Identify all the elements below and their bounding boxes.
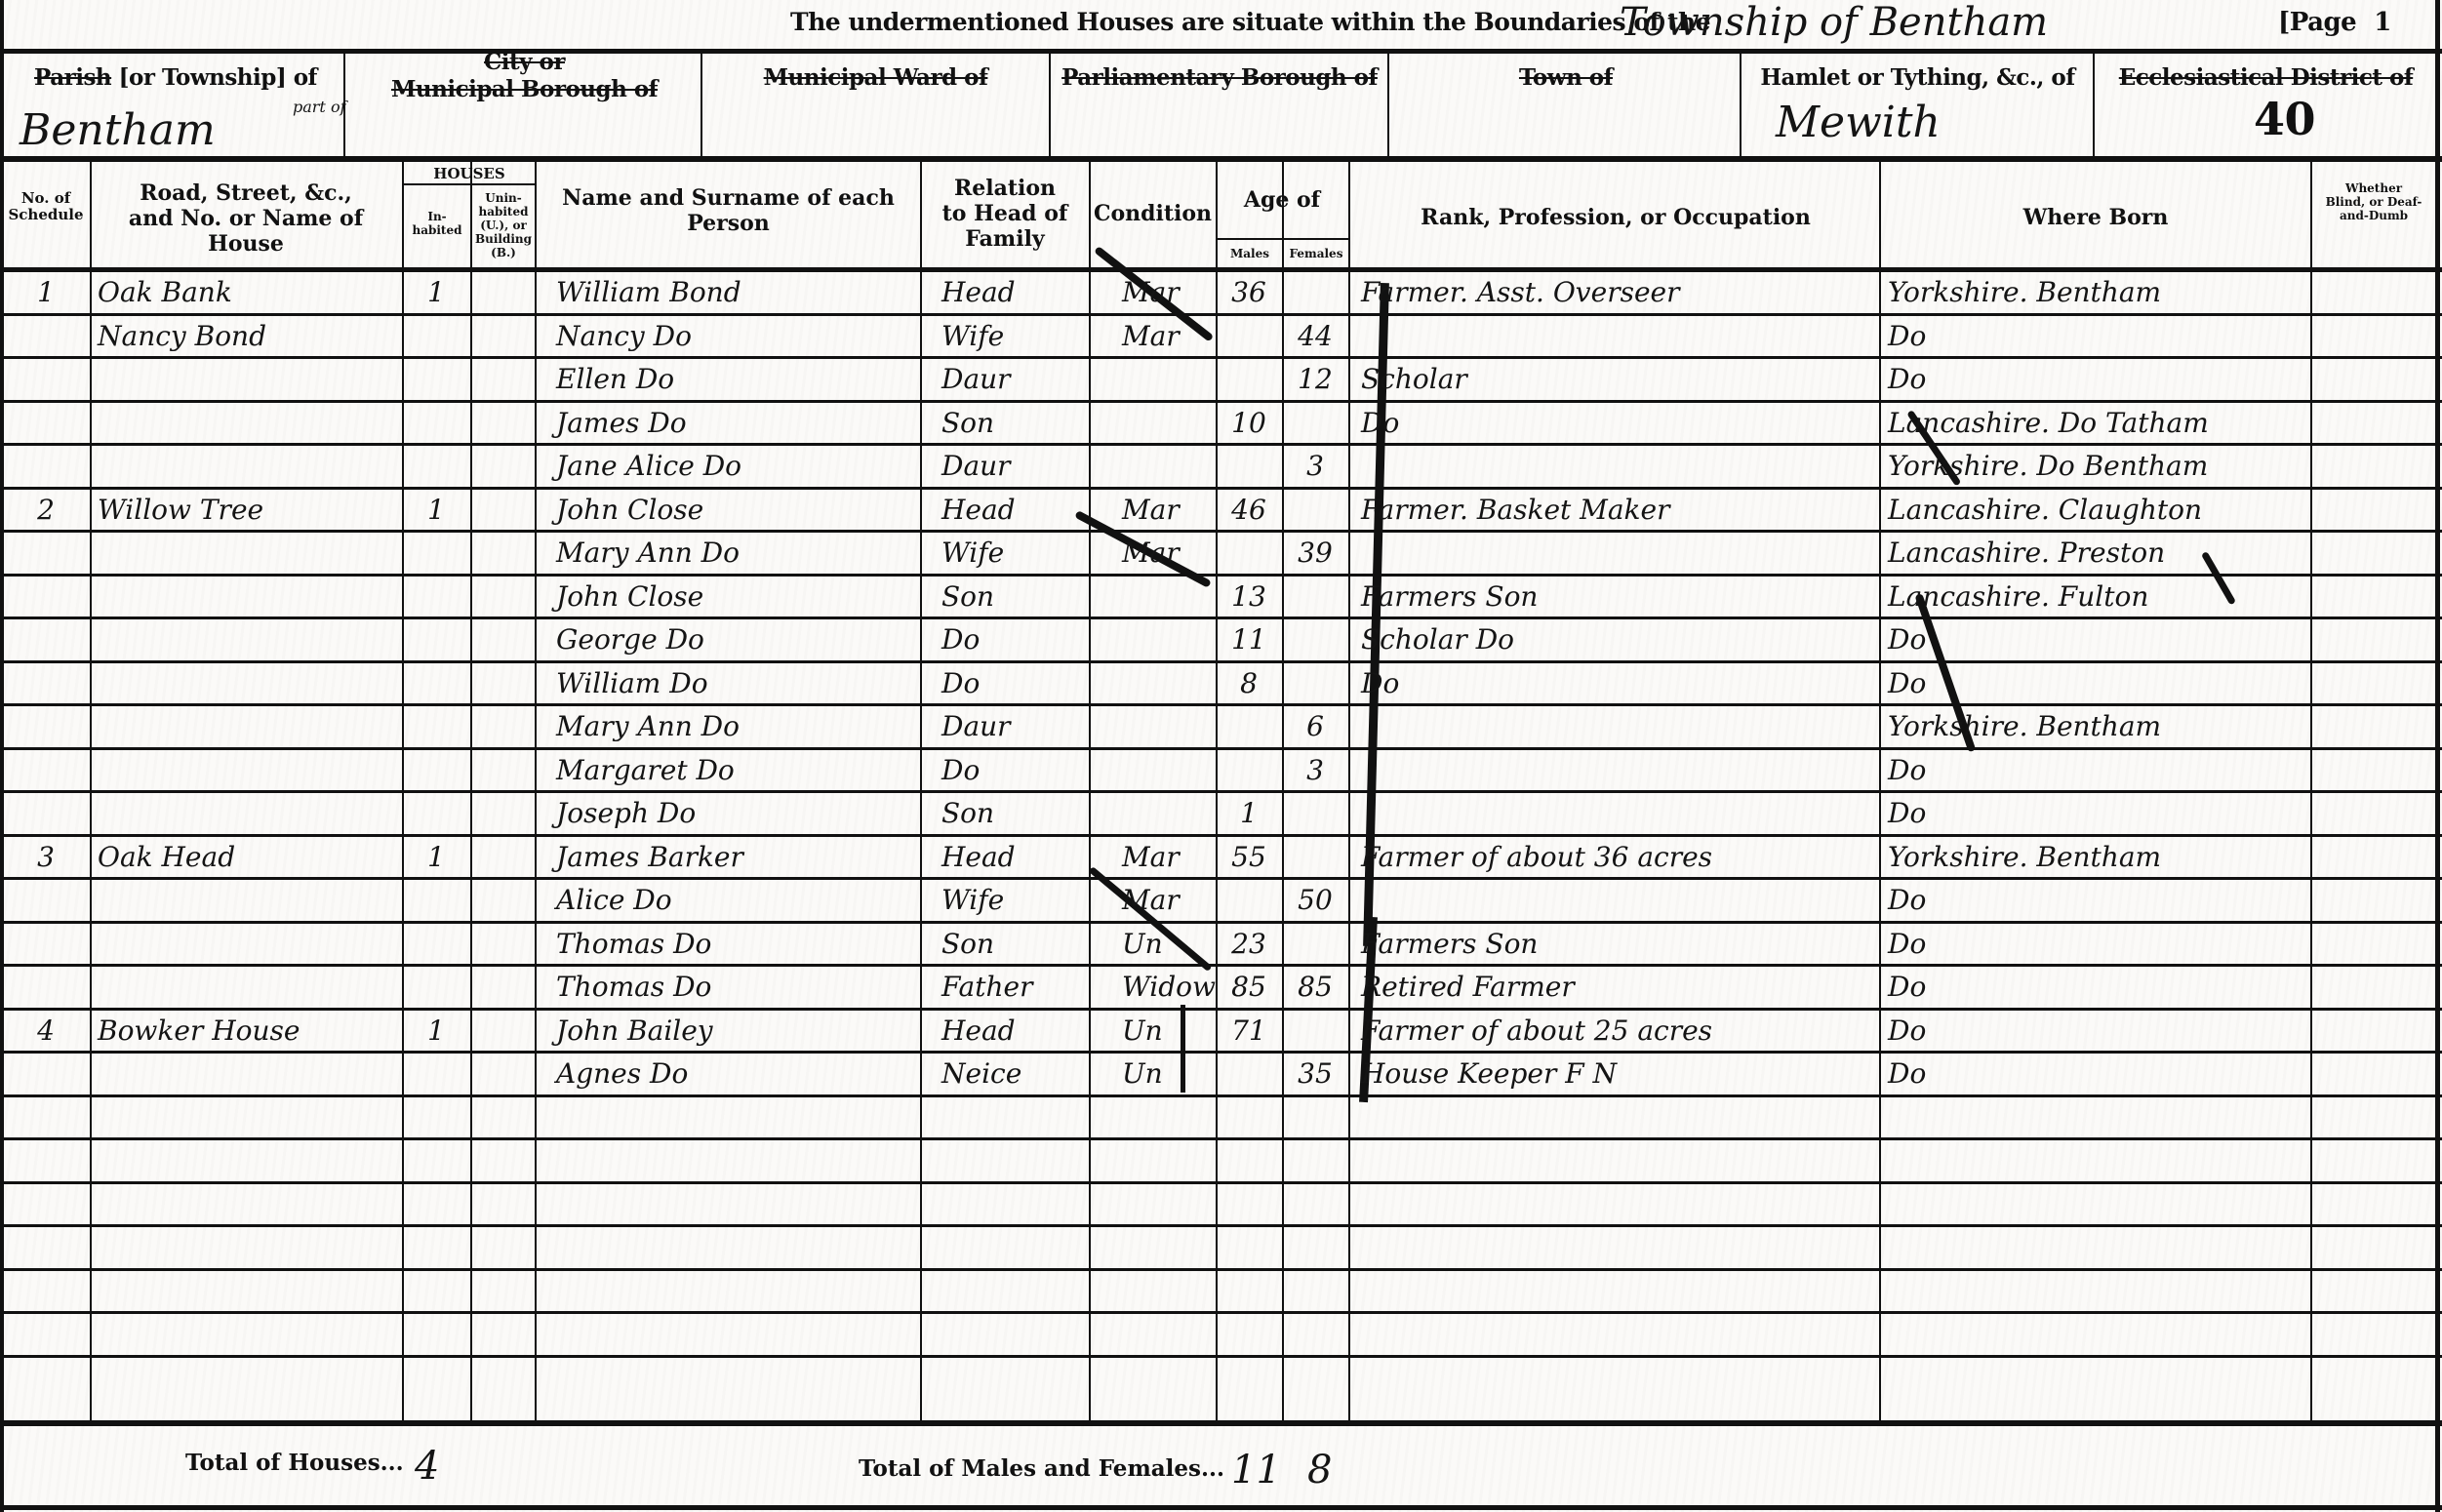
- cell-name: Mary Ann Do: [556, 537, 917, 569]
- row-rule: [0, 1137, 2442, 1140]
- city-label-line2: Municipal Borough of: [351, 76, 698, 103]
- row-rule: [0, 1181, 2442, 1184]
- header-uninhabited-l4: Building: [472, 232, 535, 246]
- cell-house: Nancy Bond: [98, 320, 400, 352]
- cell-relation: Do: [941, 754, 1088, 786]
- cell-male-age: 1: [1218, 797, 1280, 829]
- cell-condition: Un: [1122, 928, 1214, 960]
- header-inhabited-l2: habited: [404, 223, 470, 237]
- header-schedule-l2: Schedule: [4, 207, 88, 223]
- city-label-line1: City or: [351, 49, 698, 76]
- rule: [2093, 54, 2095, 156]
- cell-female-age: 6: [1284, 710, 1346, 742]
- header-road-l2: and No. or Name of: [90, 206, 402, 231]
- cell-occupation: Farmers Son: [1361, 580, 1878, 613]
- rule: [701, 54, 702, 156]
- parish-note: part of: [293, 98, 346, 116]
- cell-occupation: Scholar: [1361, 363, 1878, 395]
- cell-name: William Bond: [556, 276, 917, 308]
- row-rule: [0, 1008, 2442, 1011]
- row-rule: [0, 313, 2442, 316]
- header-relation-l3: Family: [922, 226, 1088, 252]
- city-label: City or Municipal Borough of: [351, 49, 698, 103]
- cell-condition: Mar: [1122, 494, 1214, 526]
- cell-condition: Widow: [1122, 971, 1214, 1003]
- cell-occupation: Farmers Son: [1361, 928, 1878, 960]
- row-rule: [0, 1224, 2442, 1227]
- cell-name: Jane Alice Do: [556, 450, 917, 482]
- header-blind-l1: Whether: [2312, 181, 2435, 195]
- row-rule: [0, 487, 2442, 490]
- cell-male-age: 85: [1218, 971, 1280, 1003]
- cell-relation: Head: [941, 1015, 1088, 1047]
- cell-condition: Mar: [1122, 320, 1214, 352]
- cell-name: Nancy Do: [556, 320, 917, 352]
- cell-where-born: Do: [1888, 1057, 2307, 1090]
- cell-relation: Daur: [941, 363, 1088, 395]
- cell-name: Margaret Do: [556, 754, 917, 786]
- cell-name: George Do: [556, 623, 917, 656]
- parliamentary-label: Parliamentary Borough of: [1054, 64, 1385, 92]
- cell-house: Willow Tree: [98, 494, 400, 526]
- cell-where-born: Lancashire. Do Tatham: [1888, 407, 2307, 439]
- header-road: Road, Street, &c., and No. or Name of Ho…: [90, 180, 402, 257]
- cell-female-age: 3: [1284, 450, 1346, 482]
- row-rule: [0, 747, 2442, 750]
- cell-relation: Wife: [941, 884, 1088, 916]
- cell-where-born: Yorkshire. Bentham: [1888, 841, 2307, 873]
- cell-male-age: 36: [1218, 276, 1280, 308]
- header-houses: HOUSES: [404, 166, 535, 182]
- header-road-l1: Road, Street, &c.,: [90, 180, 402, 206]
- cell-where-born: Yorkshire. Bentham: [1888, 276, 2307, 308]
- hamlet-label: Hamlet or Tything, &c., of: [1744, 64, 2091, 92]
- total-females-value: 8: [1307, 1448, 1332, 1492]
- ecclesiastical-value: 40: [2254, 93, 2315, 145]
- page-label: [Page1: [2278, 8, 2391, 37]
- row-rule: [0, 877, 2442, 880]
- cell-where-born: Lancashire. Preston: [1888, 537, 2307, 569]
- row-rule: [0, 1311, 2442, 1314]
- total-males-value: 11: [1231, 1448, 1281, 1492]
- cell-where-born: Lancashire. Claughton: [1888, 494, 2307, 526]
- title-row: The undermentioned Houses are situate wi…: [0, 0, 2442, 49]
- cell-name: Joseph Do: [556, 797, 917, 829]
- row-rule: [0, 1051, 2442, 1054]
- row-rule: [0, 1094, 2442, 1097]
- row-rule: [0, 530, 2442, 533]
- header-name-l1: Name and Surname of each: [537, 185, 920, 211]
- rule: [1740, 54, 1741, 156]
- rule: [1387, 54, 1389, 156]
- cell-relation: Daur: [941, 450, 1088, 482]
- header-relation-l1: Relation: [922, 176, 1088, 201]
- cell-where-born: Yorkshire. Bentham: [1888, 710, 2307, 742]
- cell-male-age: 13: [1218, 580, 1280, 613]
- cell-where-born: Lancashire. Fulton: [1888, 580, 2307, 613]
- cell-female-age: 3: [1284, 754, 1346, 786]
- cell-relation: Wife: [941, 320, 1088, 352]
- cell-occupation: Farmer. Asst. Overseer: [1361, 276, 1878, 308]
- rule: [0, 1420, 2442, 1426]
- cell-female-age: 35: [1284, 1057, 1346, 1090]
- cell-occupation: Do: [1361, 667, 1878, 699]
- cell-male-age: 11: [1218, 623, 1280, 656]
- cell-relation: Son: [941, 928, 1088, 960]
- town-label: Town of: [1395, 64, 1737, 92]
- cell-schedule: 2: [4, 494, 88, 526]
- header-inhabited: In- habited: [404, 210, 470, 237]
- header-males: Males: [1218, 247, 1282, 260]
- cell-name: John Bailey: [556, 1015, 917, 1047]
- cell-occupation: Farmer of about 25 acres: [1361, 1015, 1878, 1047]
- rule: [0, 156, 2442, 162]
- header-uninhabited-l1: Unin-: [472, 191, 535, 205]
- row-rule: [0, 660, 2442, 663]
- row-rule: [0, 443, 2442, 446]
- cell-relation: Son: [941, 580, 1088, 613]
- header-where-born: Where Born: [1881, 205, 2310, 230]
- ecclesiastical-label: Ecclesiastical District of: [2098, 64, 2434, 92]
- rule: [0, 1505, 2442, 1510]
- cell-occupation: Farmer of about 36 acres: [1361, 841, 1878, 873]
- row-rule: [0, 356, 2442, 359]
- total-houses-value: 4: [415, 1444, 439, 1489]
- header-uninhabited-l5: (B.): [472, 246, 535, 259]
- cell-relation: Wife: [941, 537, 1088, 569]
- cell-male-age: 71: [1218, 1015, 1280, 1047]
- cell-house: Bowker House: [98, 1015, 400, 1047]
- cell-inhabited: 1: [404, 494, 468, 526]
- cell-name: James Do: [556, 407, 917, 439]
- header-name: Name and Surname of each Person: [537, 185, 920, 236]
- cell-occupation: Do: [1361, 407, 1878, 439]
- cell-where-born: Do: [1888, 1015, 2307, 1047]
- cell-male-age: 46: [1218, 494, 1280, 526]
- header-relation: Relation to Head of Family: [922, 176, 1088, 252]
- cell-relation: Head: [941, 841, 1088, 873]
- header-name-l2: Person: [537, 211, 920, 236]
- cell-inhabited: 1: [404, 276, 468, 308]
- header-blind: Whether Blind, or Deaf- and-Dumb: [2312, 181, 2435, 222]
- header-uninhabited: Unin- habited (U.), or Building (B.): [472, 191, 535, 259]
- cell-relation: Do: [941, 623, 1088, 656]
- cell-relation: Neice: [941, 1057, 1088, 1090]
- cell-inhabited: 1: [404, 841, 468, 873]
- header-relation-l2: to Head of: [922, 201, 1088, 226]
- header-blind-l3: and-Dumb: [2312, 209, 2435, 222]
- cell-male-age: 23: [1218, 928, 1280, 960]
- cell-name: Mary Ann Do: [556, 710, 917, 742]
- cell-name: John Close: [556, 580, 917, 613]
- cell-house: Oak Head: [98, 841, 400, 873]
- cell-relation: Son: [941, 797, 1088, 829]
- page-number: 1: [2374, 8, 2391, 37]
- total-persons-label: Total of Males and Females...: [859, 1455, 1224, 1482]
- header-condition: Condition: [1091, 201, 1215, 226]
- rule: [0, 0, 4, 1512]
- cell-name: James Barker: [556, 841, 917, 873]
- cell-where-born: Do: [1888, 884, 2307, 916]
- cell-name: Agnes Do: [556, 1057, 917, 1090]
- cell-female-age: 50: [1284, 884, 1346, 916]
- header-inhabited-l1: In-: [404, 210, 470, 223]
- cell-male-age: 55: [1218, 841, 1280, 873]
- cell-female-age: 12: [1284, 363, 1346, 395]
- rule: [2435, 0, 2440, 1512]
- header-schedule-l1: No. of: [4, 190, 88, 207]
- cell-occupation: Farmer. Basket Maker: [1361, 494, 1878, 526]
- cell-condition: Un: [1122, 1015, 1214, 1047]
- header-females: Females: [1284, 247, 1348, 260]
- cell-schedule: 3: [4, 841, 88, 873]
- header-road-l3: House: [90, 231, 402, 257]
- page-label-text: [Page: [2278, 8, 2356, 37]
- cell-where-born: Do: [1888, 797, 2307, 829]
- cell-name: Ellen Do: [556, 363, 917, 395]
- cell-where-born: Do: [1888, 363, 2307, 395]
- cell-schedule: 1: [4, 276, 88, 308]
- parish-value: Bentham: [20, 105, 216, 155]
- cell-male-age: 8: [1218, 667, 1280, 699]
- cell-where-born: Do: [1888, 971, 2307, 1003]
- row-rule: [0, 964, 2442, 967]
- row-rule: [0, 703, 2442, 706]
- cell-house: Oak Bank: [98, 276, 400, 308]
- rule: [0, 267, 2442, 272]
- row-rule: [0, 617, 2442, 619]
- cell-relation: Father: [941, 971, 1088, 1003]
- cell-name: Thomas Do: [556, 971, 917, 1003]
- census-page: The undermentioned Houses are situate wi…: [0, 0, 2442, 1512]
- cell-occupation: Retired Farmer: [1361, 971, 1878, 1003]
- cell-relation: Head: [941, 494, 1088, 526]
- row-rule: [0, 921, 2442, 924]
- cell-condition: Mar: [1122, 537, 1214, 569]
- row-rule: [0, 790, 2442, 793]
- row-rule: [0, 1355, 2442, 1358]
- cell-female-age: 44: [1284, 320, 1346, 352]
- header-schedule: No. of Schedule: [4, 190, 88, 223]
- cell-condition: Mar: [1122, 841, 1214, 873]
- cell-occupation: House Keeper F N: [1361, 1057, 1878, 1090]
- header-blind-l2: Blind, or Deaf-: [2312, 195, 2435, 209]
- rule: [404, 183, 535, 185]
- row-rule: [0, 574, 2442, 577]
- cell-name: Thomas Do: [556, 928, 917, 960]
- cell-where-born: Do: [1888, 667, 2307, 699]
- hamlet-value: Mewith: [1776, 98, 1941, 147]
- cell-name: Alice Do: [556, 884, 917, 916]
- title-township: Township of Bentham: [1620, 0, 2048, 45]
- cell-relation: Do: [941, 667, 1088, 699]
- ward-label: Municipal Ward of: [707, 64, 1044, 92]
- row-rule: [0, 400, 2442, 403]
- cell-where-born: Do: [1888, 320, 2307, 352]
- rule: [1049, 54, 1051, 156]
- parish-label: Parish [or Township] of: [10, 64, 341, 92]
- cell-relation: Daur: [941, 710, 1088, 742]
- header-uninhabited-l2: habited: [472, 205, 535, 219]
- cell-name: William Do: [556, 667, 917, 699]
- cell-where-born: Do: [1888, 754, 2307, 786]
- header-uninhabited-l3: (U.), or: [472, 219, 535, 232]
- cell-female-age: 39: [1284, 537, 1346, 569]
- cell-inhabited: 1: [404, 1015, 468, 1047]
- total-houses-label: Total of Houses...: [185, 1450, 404, 1476]
- cell-where-born: Do: [1888, 928, 2307, 960]
- title-prefix: The undermentioned Houses are situate wi…: [790, 8, 1710, 36]
- cell-male-age: 10: [1218, 407, 1280, 439]
- cell-condition: Mar: [1122, 276, 1214, 308]
- cell-name: John Close: [556, 494, 917, 526]
- cell-schedule: 4: [4, 1015, 88, 1047]
- cell-occupation: Scholar Do: [1361, 623, 1878, 656]
- cell-female-age: 85: [1284, 971, 1346, 1003]
- parish-struck: Parish: [34, 64, 111, 91]
- cell-condition: Mar: [1122, 884, 1214, 916]
- header-occupation: Rank, Profession, or Occupation: [1352, 205, 1879, 230]
- cell-condition: Un: [1122, 1057, 1214, 1090]
- row-rule: [0, 1268, 2442, 1271]
- cell-relation: Son: [941, 407, 1088, 439]
- row-rule: [0, 834, 2442, 837]
- cell-where-born: Do: [1888, 623, 2307, 656]
- cell-relation: Head: [941, 276, 1088, 308]
- cell-where-born: Yorkshire. Do Bentham: [1888, 450, 2307, 482]
